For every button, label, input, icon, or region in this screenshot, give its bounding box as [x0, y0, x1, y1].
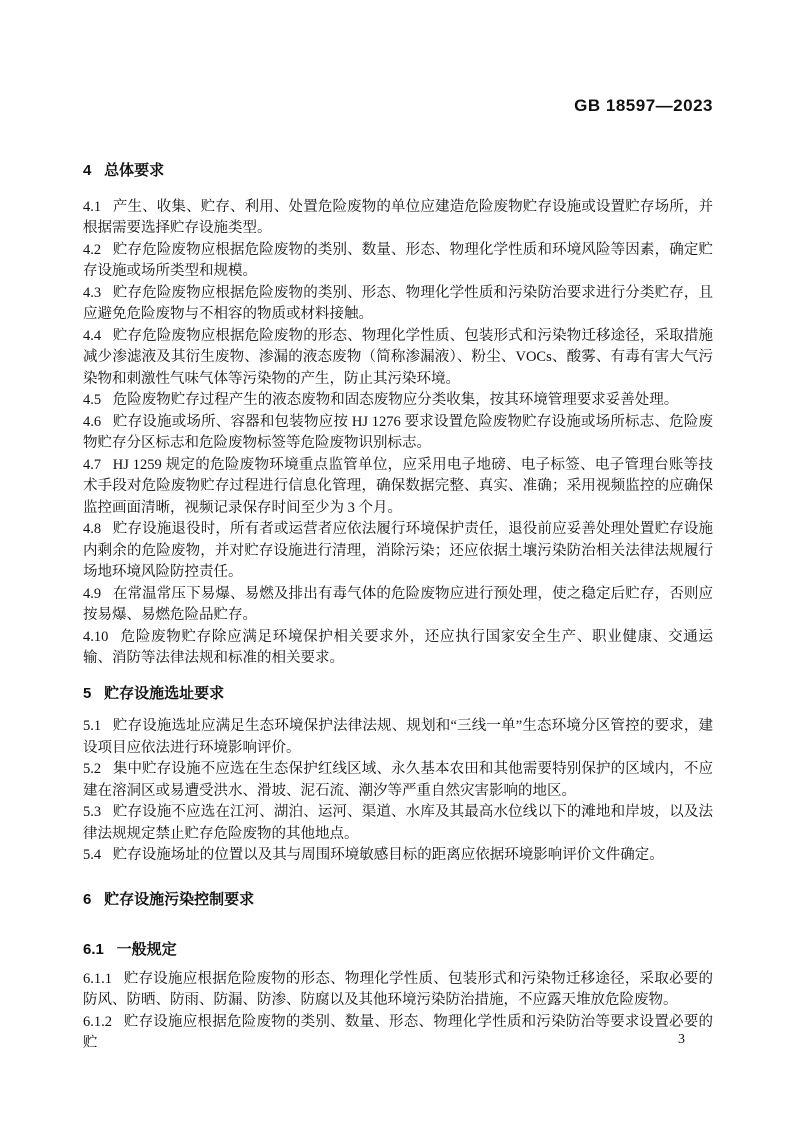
clause-text: 贮存设施不应选在江河、湖泊、运河、渠道、水库及其最高水位线以下的滩地和岸坡，以及…: [83, 804, 713, 842]
clause-number: 5.3: [83, 804, 101, 820]
clause-5-3: 5.3贮存设施不应选在江河、湖泊、运河、渠道、水库及其最高水位线以下的滩地和岸坡…: [83, 802, 713, 845]
clause-text: 产生、收集、贮存、利用、处置危险废物的单位应建造危险废物贮存设施或设置贮存场所，…: [83, 199, 713, 237]
section-title: 贮存设施污染控制要求: [104, 891, 254, 908]
clause-4-6: 4.6贮存设施或场所、容器和包装物应按 HJ 1276 要求设置危险废物贮存设施…: [83, 412, 713, 455]
standard-number-header: GB 18597—2023: [83, 96, 713, 116]
clause-5-4: 5.4贮存设施场址的位置以及其与周围环境敏感目标的距离应依据环境影响评价文件确定…: [83, 845, 713, 867]
clause-4-7: 4.7HJ 1259 规定的危险废物环境重点监管单位，应采用电子地磅、电子标签、…: [83, 455, 713, 520]
clause-4-5: 4.5危险废物贮存过程产生的液态废物和固态废物应分类收集，按其环境管理要求妥善处…: [83, 390, 713, 412]
clause-number: 4.6: [83, 414, 101, 430]
section-heading-6: 6贮存设施污染控制要求: [83, 889, 713, 911]
section-title: 总体要求: [104, 162, 164, 179]
clause-4-2: 4.2贮存危险废物应根据危险废物的类别、数量、形态、物理化学性质和环境风险等因素…: [83, 240, 713, 283]
clause-number: 6.1.1: [83, 971, 112, 987]
section-title: 贮存设施选址要求: [104, 685, 224, 702]
clause-text: 贮存设施应根据危险废物的类别、数量、形态、物理化学性质和污染防治等要求设置必要的…: [83, 1014, 713, 1052]
clause-4-4: 4.4贮存危险废物应根据危险废物的形态、物理化学性质、包装形式和污染物迁移途径，…: [83, 326, 713, 391]
clause-number: 5.2: [83, 761, 101, 777]
clause-text: 在常温常压下易爆、易燃及排出有毒气体的危险废物应进行预处理，使之稳定后贮存，否则…: [83, 586, 713, 624]
subsection-heading-6-1: 6.1一般规定: [83, 939, 713, 961]
clause-number: 4.7: [83, 457, 101, 473]
clause-number: 4.2: [83, 242, 101, 258]
clause-4-1: 4.1产生、收集、贮存、利用、处置危险废物的单位应建造危险废物贮存设施或设置贮存…: [83, 197, 713, 240]
clause-text: 贮存危险废物应根据危险废物的类别、数量、形态、物理化学性质和环境风险等因素，确定…: [83, 242, 713, 280]
page-number: 3: [678, 1031, 685, 1049]
clause-number: 4.8: [83, 521, 101, 537]
clause-text: 贮存危险废物应根据危险废物的形态、物理化学性质、包装形式和污染物迁移途径，采取措…: [83, 328, 713, 387]
clause-4-10: 4.10危险废物贮存除应满足环境保护相关要求外，还应执行国家安全生产、职业健康、…: [83, 627, 713, 670]
section-heading-4: 4总体要求: [83, 160, 713, 182]
clause-text: 贮存设施选址应满足生态环境保护法律法规、规划和“三线一单”生态环境分区管控的要求…: [83, 718, 713, 756]
clause-text: 贮存设施场址的位置以及其与周围环境敏感目标的距离应依据环境影响评价文件确定。: [113, 847, 664, 863]
clause-4-3: 4.3贮存危险废物应根据危险废物的类别、形态、物理化学性质和污染防治要求进行分类…: [83, 283, 713, 326]
clause-5-1: 5.1贮存设施选址应满足生态环境保护法律法规、规划和“三线一单”生态环境分区管控…: [83, 716, 713, 759]
clause-text: 贮存危险废物应根据危险废物的类别、形态、物理化学性质和污染防治要求进行分类贮存，…: [83, 285, 713, 323]
clause-number: 4.3: [83, 285, 101, 301]
clause-number: 6.1.2: [83, 1014, 112, 1030]
section-number: 5: [83, 685, 91, 702]
section-number: 4: [83, 162, 91, 179]
clause-text: 集中贮存设施不应选在生态保护红线区域、永久基本农田和其他需要特别保护的区域内，不…: [83, 761, 713, 799]
clause-text: 危险废物贮存除应满足环境保护相关要求外，还应执行国家安全生产、职业健康、交通运输…: [83, 629, 713, 667]
clause-number: 5.1: [83, 718, 101, 734]
clause-number: 4.5: [83, 392, 101, 408]
clause-number: 4.10: [83, 629, 108, 645]
clause-number: 4.9: [83, 586, 101, 602]
clause-4-9: 4.9在常温常压下易爆、易燃及排出有毒气体的危险废物应进行预处理，使之稳定后贮存…: [83, 584, 713, 627]
subsection-title: 一般规定: [117, 941, 177, 958]
section-number: 6: [83, 891, 91, 908]
clause-text: 贮存设施退役时，所有者或运营者应依法履行环境保护责任，退役前应妥善处理处置贮存设…: [83, 521, 713, 580]
clause-text: 贮存设施应根据危险废物的形态、物理化学性质、包装形式和污染物迁移途径，采取必要的…: [83, 971, 713, 1009]
clause-number: 5.4: [83, 847, 101, 863]
document-page: GB 18597—2023 4总体要求 4.1产生、收集、贮存、利用、处置危险废…: [0, 0, 793, 1122]
subsection-number: 6.1: [83, 941, 104, 958]
clause-5-2: 5.2集中贮存设施不应选在生态保护红线区域、永久基本农田和其他需要特别保护的区域…: [83, 759, 713, 802]
clause-6-1-2: 6.1.2贮存设施应根据危险废物的类别、数量、形态、物理化学性质和污染防治等要求…: [83, 1012, 713, 1055]
clause-number: 4.1: [83, 199, 101, 215]
section-heading-5: 5贮存设施选址要求: [83, 683, 713, 705]
clause-6-1-1: 6.1.1贮存设施应根据危险废物的形态、物理化学性质、包装形式和污染物迁移途径，…: [83, 969, 713, 1012]
clause-text: 贮存设施或场所、容器和包装物应按 HJ 1276 要求设置危险废物贮存设施或场所…: [83, 414, 713, 452]
clause-4-8: 4.8贮存设施退役时，所有者或运营者应依法履行环境保护责任，退役前应妥善处理处置…: [83, 519, 713, 584]
clause-text: 危险废物贮存过程产生的液态废物和固态废物应分类收集，按其环境管理要求妥善处理。: [113, 392, 679, 408]
document-content: 4总体要求 4.1产生、收集、贮存、利用、处置危险废物的单位应建造危险废物贮存设…: [83, 116, 713, 1055]
clause-number: 4.4: [83, 328, 101, 344]
clause-text: HJ 1259 规定的危险废物环境重点监管单位，应采用电子地磅、电子标签、电子管…: [83, 457, 713, 516]
